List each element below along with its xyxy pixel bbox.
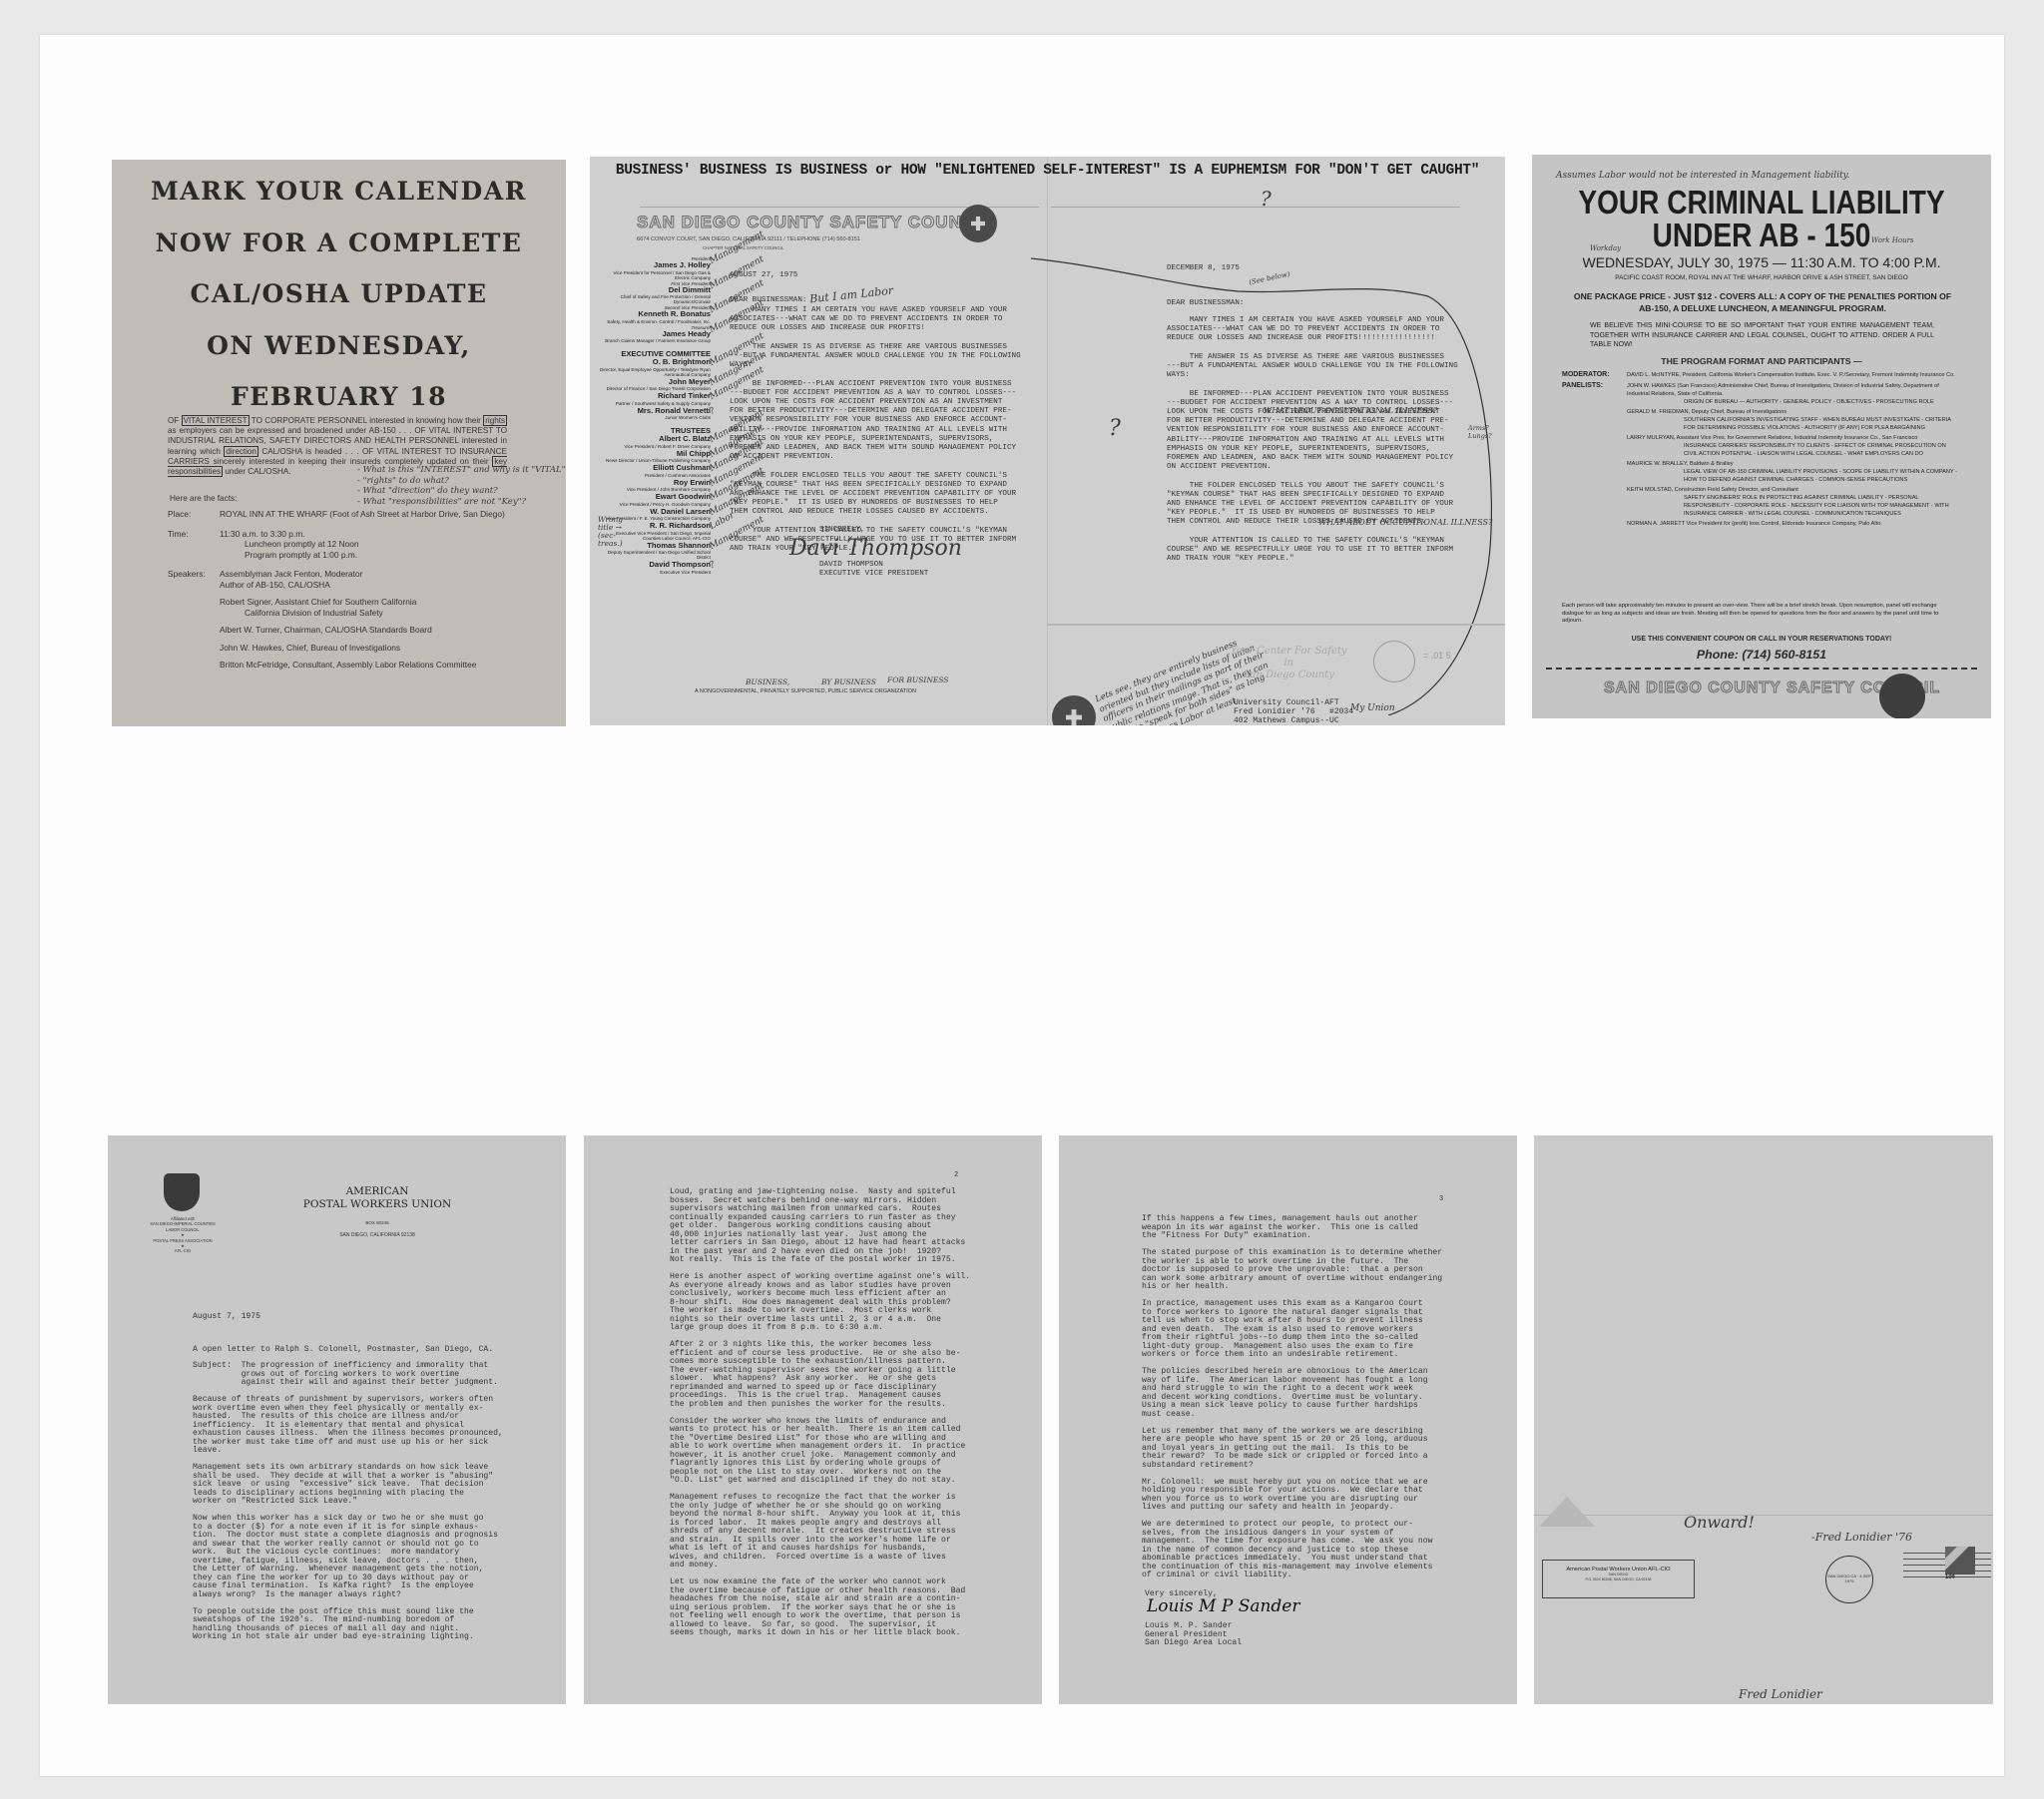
signer-title: EXECUTIVE VICE PRESIDENT [819,570,928,579]
apwu-letter-page-3: 3 If this happens a few times, managemen… [1059,1135,1517,1704]
speaker: Britton McFetridge, Consultant, Assembly… [220,660,476,671]
roster-member: First Vice PresidentDel DimmittChief of … [600,281,711,305]
format-heading: THE PROGRAM FORMAT AND PARTICIPANTS — [1532,356,1991,366]
panelist-topic: LEGAL VIEW OF AB-150 CRIMINAL LIABILITY … [1627,468,1961,484]
union-name: AMERICANPOSTAL WORKERS UNION [287,1185,467,1211]
member-org: Partner / Southwest Safety & Supply Comp… [600,401,711,406]
member-org: Vice President / Robert F. Driver Compan… [600,444,711,449]
panelist: MAURICE W. BRALLEY, Baldwin & BralleyLEG… [1627,460,1961,484]
union-shield-icon [164,1173,200,1211]
mounting-board: MARK YOUR CALENDAR NOW FOR A COMPLETE CA… [40,35,2004,1776]
member-org: Deputy Superintendent / San Diego Unifie… [600,550,711,560]
panelist-name: JOHN W. HAWKES (San Francisco) Administr… [1627,382,1961,398]
union-name-line: AMERICAN [287,1185,467,1198]
roster-member: Richard TinkerPartner / Southwest Safety… [600,392,711,406]
headline-line: CAL/OSHA UPDATE [112,268,566,320]
member-name: John Meyer [600,378,711,387]
roster-member: PresidentJames J. HolleyVice President f… [600,256,711,280]
panelist-name: NORMAN A. JARRETT Vice President for (pr… [1627,520,1961,528]
letter-closing: SINCERELY, [819,526,865,535]
member-name: James J. Holley [600,261,711,270]
affiliation-line: AFL-CIO [138,1248,228,1253]
panelist-name: MAURICE W. BRALLEY, Baldwin & Bralley [1627,460,1961,468]
member-name: Richard Tinker [600,392,711,401]
panelist: NORMAN A. JARRETT Vice President for (pr… [1627,520,1961,528]
member-org: Director, Equal Employee Opportunity / T… [600,367,711,377]
member-name: Albert C. Blatz [600,435,711,444]
envelope-flap [1539,1497,1595,1527]
roster-member: O. B. BrightmonDirector, Equal Employee … [600,358,711,377]
coupon-callout: USE THIS CONVENIENT COUPON OR CALL IN YO… [1532,636,1991,643]
panelist-topic: SOUTHERN CALIFORNIA'S INVESTIGATING STAF… [1627,416,1961,432]
panelists-label: PANELISTS: [1562,382,1627,530]
roster-member: Elliott CushmanPresident / Cushman Assoc… [600,464,711,478]
panelist: GERALD M. FRIEDMAN, Deputy Chief, Bureau… [1627,408,1961,432]
roster-member: Mil ChippNews Director / Union-Tribune P… [600,450,711,464]
intro-text: under CAL/OSHA. [223,467,290,476]
member-org: Vice President for Personnel / San Diego… [600,270,711,280]
postmark-icon [1373,641,1415,682]
fact-time: Time:11:30 a.m. to 3:30 p.m.Luncheon pro… [168,529,527,561]
speaker: Robert Signer, Assistant Chief for South… [220,597,476,608]
member-name: James Heady [600,330,711,339]
panelist-name: LARRY MULRYAN, Assistant Vice Pres. for … [1627,434,1961,442]
annotation-onward: Onward! [1684,1513,1755,1532]
format-description: Each person will take approximately ten … [1562,603,1956,626]
address-line: Fred Lonidier '76 #2034 [1234,707,1353,716]
annotation-my-union: My Union [1350,703,1395,713]
envelope-address: University Council-AFTFred Lonidier '76 … [1234,698,1353,725]
fact-value: Luncheon promptly at 12 Noon [220,539,359,550]
annotation: - "rights" to do what? [357,476,566,487]
roster-member: David ThompsonExecutive Vice President? [600,561,711,575]
return-box: P.O. BOX 80246, SAN DIEGO, CA 92138 [1543,1577,1694,1582]
fact-speakers: Speakers: Assemblyman Jack Fenton, Moder… [168,569,527,671]
participants: MODERATOR:DAVID L. McINTYRE, President, … [1562,369,1961,530]
speaker: Assemblyman Jack Fenton, Moderator [220,569,476,580]
annotation: - What "direction" do they want? [357,486,566,497]
package-price: ONE PACKAGE PRICE - JUST $12 - COVERS AL… [1568,290,1957,314]
envelope-slogan: Your Center For Safety in San Diego Coun… [1231,646,1347,681]
letter-footer: A NONGOVERNMENTAL, PRIVATELY SUPPORTED, … [695,688,916,694]
member-name: Roy Erwin [600,479,711,488]
speaker-detail: Author of AB-150, CAL/OSHA [220,580,476,591]
page-number: 2 [954,1171,958,1179]
panelists-row: PANELISTS: JOHN W. HAWKES (San Francisco… [1562,382,1961,530]
moderator-label: MODERATOR: [1562,371,1627,379]
annotation: - What is this "INTEREST" and why is it … [357,465,566,476]
green-cross-seal-icon [959,205,997,242]
annotation-but-i-am-labor: But I am Labor [809,284,894,306]
letter-body: Loud, grating and jaw-tightening noise. … [670,1188,970,1638]
letter-date: August 7, 1975 [193,1313,260,1322]
roster-member: John MeyerDirector of Finance / San Dieg… [600,378,711,392]
fact-label: Time: [168,529,220,561]
facts-label: Here are the facts: [170,494,237,503]
letter-recipient: A open letter to Ralph S. Colonell, Post… [193,1346,493,1355]
member-org: President / Cushman Associates [600,473,711,478]
facts-list: Place:ROYAL INN AT THE WHARF (Foot of As… [168,509,527,679]
flyer-headline: MARK YOUR CALENDAR NOW FOR A COMPLETE CA… [112,166,566,423]
address-line: University Council-AFT [1234,698,1353,707]
intro-text: TO CORPORATE PERSONNEL interested in kno… [250,416,484,425]
boxed-word: VITAL INTEREST [182,415,250,426]
handwritten-questions: - What is this "INTEREST" and why is it … [357,465,566,507]
signature-louis-sander: Louis M P Sander [1147,1596,1300,1616]
calosha-update-flyer: MARK YOUR CALENDAR NOW FOR A COMPLETE CA… [112,160,566,726]
slogan-line: Your Center For Safety [1231,646,1347,658]
divider [1051,207,1460,208]
title-line: UNDER AB - 150 [1567,219,1957,251]
annotation-wrong-title: Wrong title → (sec-treas.) [598,516,638,548]
fact-value: 11:30 a.m. to 3:30 p.m. [220,529,359,540]
roster-member: Ewart GoodwinVice President / Percy H. G… [600,493,711,507]
moderator: DAVID L. McINTYRE, President, California… [1627,371,1955,379]
panelist-topic: INSURANCE CARRIERS' RESPONSIBILITY TO CL… [1627,442,1961,458]
panelist: LARRY MULRYAN, Assistant Vice Pres. for … [1627,434,1961,458]
fact-label: Speakers: [168,569,220,671]
speaker: John W. Hawkes, Chief, Bureau of Investi… [220,643,476,654]
annotation-workday: Workday [1590,244,1621,252]
letter-body: Because of threats of punishment by supe… [193,1396,503,1642]
torn-edge [1047,624,1505,626]
union-name-line: POSTAL WORKERS UNION [287,1198,467,1211]
title-line: YOUR CRIMINAL LIABILITY [1567,186,1957,219]
letterhead-name: SAN DIEGO COUNTY SAFETY COUNCIL [637,213,992,232]
member-org: Chief of Safety and Fire Protection / Ge… [600,294,711,304]
intro-text: OF [168,416,182,425]
apwu-envelope: Onward! -Fred Lonidier '76 American Post… [1534,1135,1993,1704]
roster-member: Albert C. BlatzVice President / Robert F… [600,435,711,449]
footer-annotation: FOR BUSINESS [887,675,949,684]
member-name: Mrs. Ronald Vernetti [600,407,711,416]
fact-value: ROYAL INN AT THE WHARF (Foot of Ash Stre… [220,509,505,520]
fact-place: Place:ROYAL INN AT THE WHARF (Foot of As… [168,509,527,520]
headline-line: NOW FOR A COMPLETE [112,218,566,269]
annotation-work-hours: Work Hours [1871,236,1914,244]
speaker-detail: California Division of Industrial Safety [220,608,476,619]
slogan-line: San Diego County [1231,670,1347,681]
slogan-line: in [1231,658,1347,670]
postage-meter: = .01 5 [1423,651,1451,661]
letter-body: If this happens a few times, management … [1142,1215,1442,1580]
postmark-icon: SAN DIEGO CA · 4 SEP 1975 [1825,1556,1873,1603]
apwu-letter-page-2: 2 Loud, grating and jaw-tightening noise… [584,1135,1042,1704]
green-cross-seal-icon [1879,674,1925,718]
member-org: Branch Claims Manager / Farmers Insuranc… [600,338,711,343]
member-name: David Thompson [600,561,711,570]
moderator-row: MODERATOR:DAVID L. McINTYRE, President, … [1562,371,1961,379]
fact-value: Program promptly at 1:00 p.m. [220,550,359,561]
flag-stamp-icon: 10¢ [1945,1547,1975,1584]
affiliations: Affiliated with SAN DIEGO-IMPERIAL COUNT… [138,1216,228,1254]
panelist: KEITH MOLSTAD, Construction Field Safety… [1627,486,1961,518]
boxed-word: rights [483,415,507,426]
boxed-word: direction [224,446,258,457]
roster-member: Mrs. Ronald VernettiJunior Women's Clubs… [600,407,711,421]
member-name: Elliott Cushman [600,464,711,473]
address-line: 402 Mathews Campus--UC [1234,716,1353,725]
letter-subject: Subject: The progression of inefficiency… [193,1362,498,1388]
criminal-liability-flyer: Assumes Labor would not be interested in… [1532,155,1991,718]
panelist-name: GERALD M. FRIEDMAN, Deputy Chief, Bureau… [1627,408,1961,416]
fact-label: Place: [168,509,220,520]
roster-member: Roy ErwinVice President / John Burnham C… [600,479,711,493]
member-org: Junior Women's Clubs [600,415,711,420]
roster-member: TreasurerJames HeadyBranch Claims Manage… [600,325,711,344]
member-org: Executive Vice President [600,570,711,575]
footer-annotation: BY BUSINESS [821,677,876,686]
union-box: BOX 80246 [287,1220,467,1225]
signer-name: DAVID THOMPSON [819,561,883,570]
annotation-assumes-labor: Assumes Labor would not be interested in… [1556,171,1849,181]
union-city: SAN DIEGO, CALIFORNIA 92138 [287,1232,467,1238]
phone-number: Phone: (714) 560-8151 [1532,648,1991,662]
safety-council-letters: BUSINESS' BUSINESS IS BUSINESS or HOW "E… [590,157,1505,725]
letter-body: MANY TIMES I AM CERTAIN YOU HAVE ASKED Y… [730,306,1021,554]
believe-text: WE BELIEVE THIS MINI-COURSE TO BE SO IMP… [1590,321,1934,350]
annotation: - What "responsibilities" are not "Key"? [357,497,566,508]
annotation-signature: -Fred Lonidier '76 [1811,1531,1912,1544]
panelist-list: JOHN W. HAWKES (San Francisco) Administr… [1627,382,1961,530]
member-org: Safety, Health & Environ. Control / Food… [600,319,711,324]
return-address: American Postal Workers Union AFL-CIO SA… [1542,1560,1695,1598]
collage-headline: BUSINESS' BUSINESS IS BUSINESS or HOW "E… [590,163,1505,179]
addressee: Fred Lonidier [1739,1687,1822,1701]
headline-line: MARK YOUR CALENDAR [112,166,566,218]
signature-david-thompson: Davi Thompson [789,536,962,561]
speaker: Albert W. Turner, Chairman, CAL/OSHA Sta… [220,625,476,636]
roster-member: Second Vice PresidentKenneth R. BonatusS… [600,305,711,324]
panelist-topic: ORIGIN OF BUREAU — AUTHORITY - GENERAL P… [1627,398,1961,406]
member-name: Del Dimmitt [600,286,711,295]
panelist: JOHN W. HAWKES (San Francisco) Administr… [1627,382,1961,406]
footer-annotation: BUSINESS, [746,677,789,686]
stamp-value: 10¢ [1945,1574,1975,1580]
headline-line: ON WEDNESDAY, [112,320,566,372]
coupon-cut-line [1546,668,1977,670]
event-date: WEDNESDAY, JULY 30, 1975 — 11:30 A.M. TO… [1532,254,1991,270]
panelist-topic: SAFETY ENGINEERS' ROLE IN PROTECTING AGA… [1627,494,1961,518]
member-name: O. B. Brightmon [600,358,711,367]
signer-block: Louis M. P. Sander General President San… [1145,1622,1242,1648]
member-name: Mil Chipp [600,450,711,459]
torn-edge [1534,1515,1993,1516]
annotation-question-mark: ? [1261,187,1272,211]
member-name: Ewart Goodwin [600,493,711,502]
panelist-name: KEITH MOLSTAD, Construction Field Safety… [1627,486,1961,494]
member-name: Kenneth R. Bonatus [600,310,711,319]
event-place: PACIFIC COAST ROOM, ROYAL INN AT THE WHA… [1532,274,1991,281]
apwu-letter-page-1: Affiliated with SAN DIEGO-IMPERIAL COUNT… [108,1135,566,1704]
member-org: Vice President / Percy H. Goodwin Compan… [600,502,711,507]
postmark-text: SAN DIEGO CA · 4 SEP 1975 [1826,1574,1872,1583]
page-number: 3 [1439,1195,1443,1203]
